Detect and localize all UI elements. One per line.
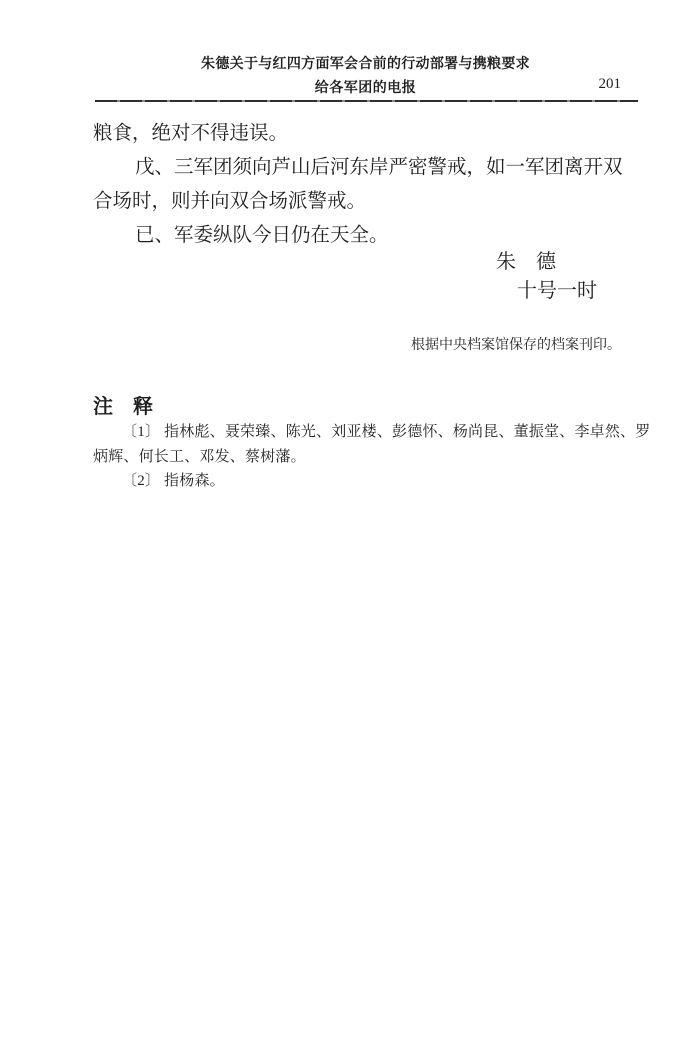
body-text-line: 合场时，则并向双合场派警戒。 [93,185,639,213]
page-number: 201 [93,76,621,93]
body-text-line: 粮食，绝对不得违误。 [93,117,639,145]
annotations-heading: 注 释 [93,390,153,419]
annotation-line: 〔1〕 指林彪、聂荣臻、陈光、刘亚楼、彭德怀、杨尚昆、董振堂、李卓然、罗 [93,420,668,441]
running-header-title-line1: 朱德关于与红四方面军会合前的行动部署与携粮要求 [93,53,638,73]
signature-time: 十号一时 [517,274,597,303]
header-divider-rule [95,100,638,102]
annotation-line: 炳辉、何长工、邓发、蔡树藩。 [93,445,639,466]
body-text-line: 已、军委纵队今日仍在天全。 [93,219,681,247]
signature-name: 朱 德 [496,245,556,274]
body-text-line: 戊、三军团须向芦山后河东岸严密警戒，如一军团离开双 [93,151,681,179]
book-page: 朱德关于与红四方面军会合前的行动部署与携粮要求 给各军团的电报 201 粮食，绝… [0,0,700,1042]
annotation-line: 〔2〕 指杨森。 [93,469,668,490]
archive-source-note: 根据中央档案馆保存的档案刊印。 [93,334,621,354]
